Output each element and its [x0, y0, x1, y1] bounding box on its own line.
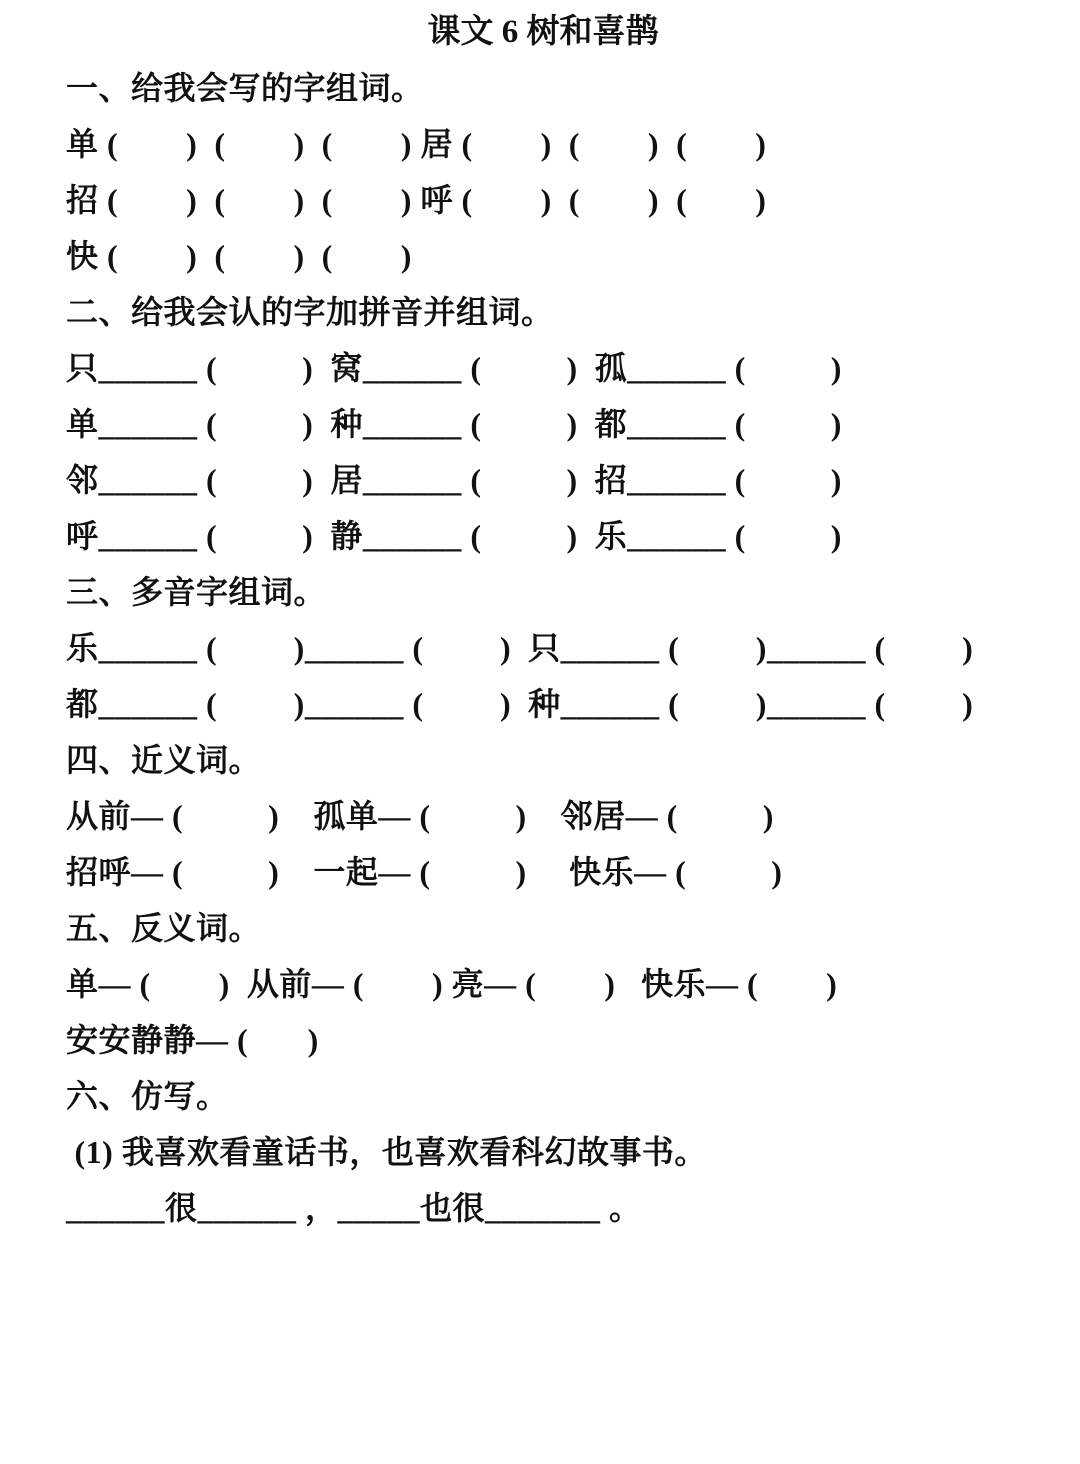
- section-2-heading: 二、给我会认的字加拼音并组词。: [66, 295, 1020, 330]
- section-3-polyphone-row-dou-zhong: 都______ ( )______ ( ) 种______ ( )______ …: [66, 687, 1020, 722]
- section-2-pinyin-row-hu-jing-le: 呼______ ( ) 静______ ( ) 乐______ ( ): [66, 519, 1020, 554]
- section-6-example-sentence: (1) 我喜欢看童话书，也喜欢看科幻故事书。: [66, 1135, 1020, 1170]
- section-2-pinyin-row-lin-ju-zhao: 邻______ ( ) 居______ ( ) 招______ ( ): [66, 463, 1020, 498]
- section-1-word-row-kuai: 快 ( ) ( ) ( ): [66, 239, 1020, 274]
- page-title: 课文 6 树和喜鹊: [66, 14, 1020, 50]
- section-5-antonym-row-2: 安安静静— ( ): [66, 1023, 1020, 1058]
- section-1-heading: 一、给我会写的字组词。: [66, 71, 1020, 106]
- section-4-synonym-row-2: 招呼— ( ) 一起— ( ) 快乐— ( ): [66, 855, 1020, 890]
- section-2-pinyin-row-zhi-wo-gu: 只______ ( ) 窝______ ( ) 孤______ ( ): [66, 351, 1020, 386]
- section-6-fill-blank-sentence: ______很______ ，_____也很_______ 。: [66, 1191, 1020, 1226]
- section-2-pinyin-row-dan-zhong-dou: 单______ ( ) 种______ ( ) 都______ ( ): [66, 407, 1020, 442]
- section-3-polyphone-row-le-zhi: 乐______ ( )______ ( ) 只______ ( )______ …: [66, 631, 1020, 666]
- section-6-heading: 六、仿写。: [66, 1079, 1020, 1114]
- section-5-heading: 五、反义词。: [66, 911, 1020, 946]
- section-1-word-row-zhao-hu: 招 ( ) ( ) ( ) 呼 ( ) ( ) ( ): [66, 183, 1020, 218]
- section-5-antonym-row-1: 单— ( ) 从前— ( ) 亮— ( ) 快乐— ( ): [66, 967, 1020, 1002]
- section-1-word-row-dan-ju: 单 ( ) ( ) ( ) 居 ( ) ( ) ( ): [66, 127, 1020, 162]
- section-3-heading: 三、多音字组词。: [66, 575, 1020, 610]
- worksheet-page: 课文 6 树和喜鹊 一、给我会写的字组词。 单 ( ) ( ) ( ) 居 ( …: [0, 0, 1080, 1464]
- section-4-synonym-row-1: 从前— ( ) 孤单— ( ) 邻居— ( ): [66, 799, 1020, 834]
- section-4-heading: 四、近义词。: [66, 743, 1020, 778]
